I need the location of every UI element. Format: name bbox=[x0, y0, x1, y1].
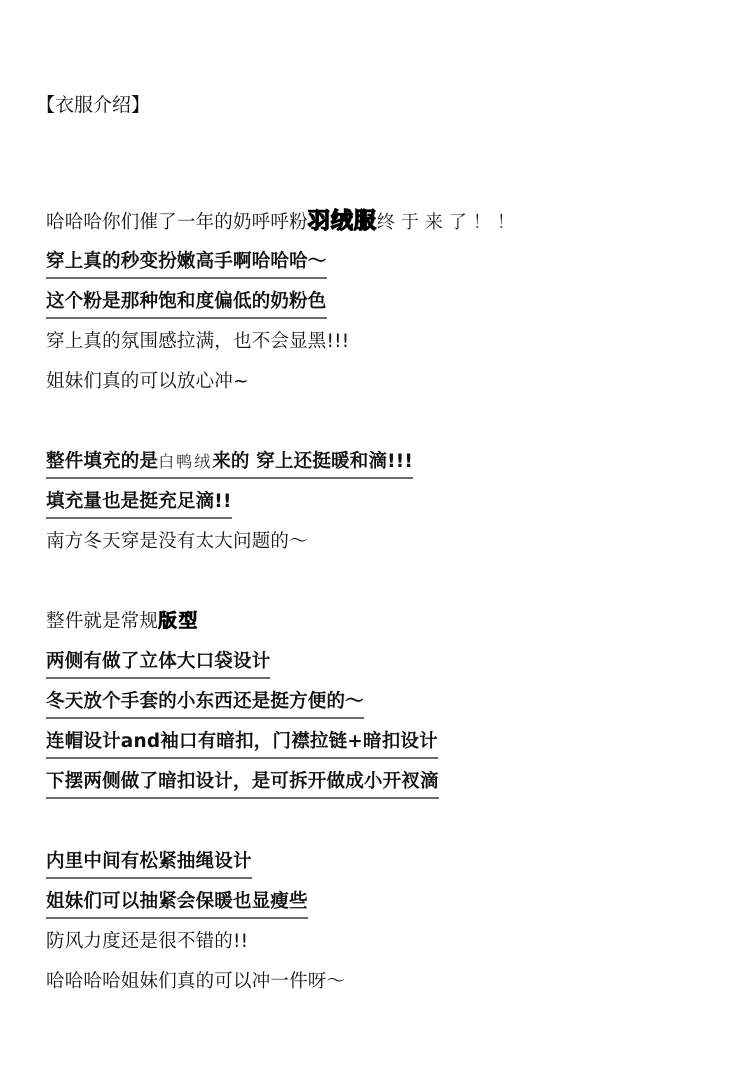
line-6-suffix: 来的 穿上还挺暖和滴!!! bbox=[212, 451, 413, 472]
line-6-emphasis: 白鸭绒 bbox=[158, 452, 212, 471]
text-line-5: 姐妹们真的可以放心冲~ bbox=[46, 370, 249, 394]
text-line-17: 哈哈哈哈姐妹们真的可以冲一件呀～ bbox=[46, 970, 345, 994]
text-line-6: 整件填充的是白鸭绒来的 穿上还挺暖和滴!!! bbox=[46, 450, 413, 479]
line-1-prefix: 哈哈哈你们催了一年的奶呼呼粉 bbox=[46, 212, 308, 233]
line-6-prefix: 整件填充的是 bbox=[46, 451, 158, 472]
text-line-2: 穿上真的秒变扮嫩高手啊哈哈哈～ bbox=[46, 250, 327, 279]
text-line-15: 姐妹们可以抽紧会保暖也显瘦些 bbox=[46, 890, 308, 919]
line-9-emphasis: 版型 bbox=[158, 611, 199, 632]
text-line-10: 两侧有做了立体大口袋设计 bbox=[46, 650, 270, 679]
text-line-1: 哈哈哈你们催了一年的奶呼呼粉羽绒服终于来了！！ bbox=[46, 210, 521, 235]
text-line-8: 南方冬天穿是没有太大问题的～ bbox=[46, 530, 308, 554]
line-1-emphasis: 羽绒服 bbox=[308, 209, 377, 234]
text-line-14: 内里中间有松紧抽绳设计 bbox=[46, 850, 252, 879]
text-line-11: 冬天放个手套的小东西还是挺方便的～ bbox=[46, 690, 364, 719]
text-line-12: 连帽设计and袖口有暗扣，门襟拉链+暗扣设计 bbox=[46, 730, 438, 759]
line-9-prefix: 整件就是常规 bbox=[46, 611, 158, 632]
section-title: 【衣服介绍】 bbox=[36, 93, 150, 117]
text-line-13: 下摆两侧做了暗扣设计，是可拆开做成小开衩滴 bbox=[46, 770, 439, 799]
text-line-16: 防风力度还是很不错的!! bbox=[46, 930, 248, 954]
text-line-7: 填充量也是挺充足滴!! bbox=[46, 490, 232, 519]
text-line-4: 穿上真的氛围感拉满，也不会显黑!!! bbox=[46, 330, 349, 354]
line-1-suffix: 终于来了！！ bbox=[377, 212, 521, 233]
text-line-9: 整件就是常规版型 bbox=[46, 610, 199, 634]
text-line-3: 这个粉是那种饱和度偏低的奶粉色 bbox=[46, 290, 327, 319]
